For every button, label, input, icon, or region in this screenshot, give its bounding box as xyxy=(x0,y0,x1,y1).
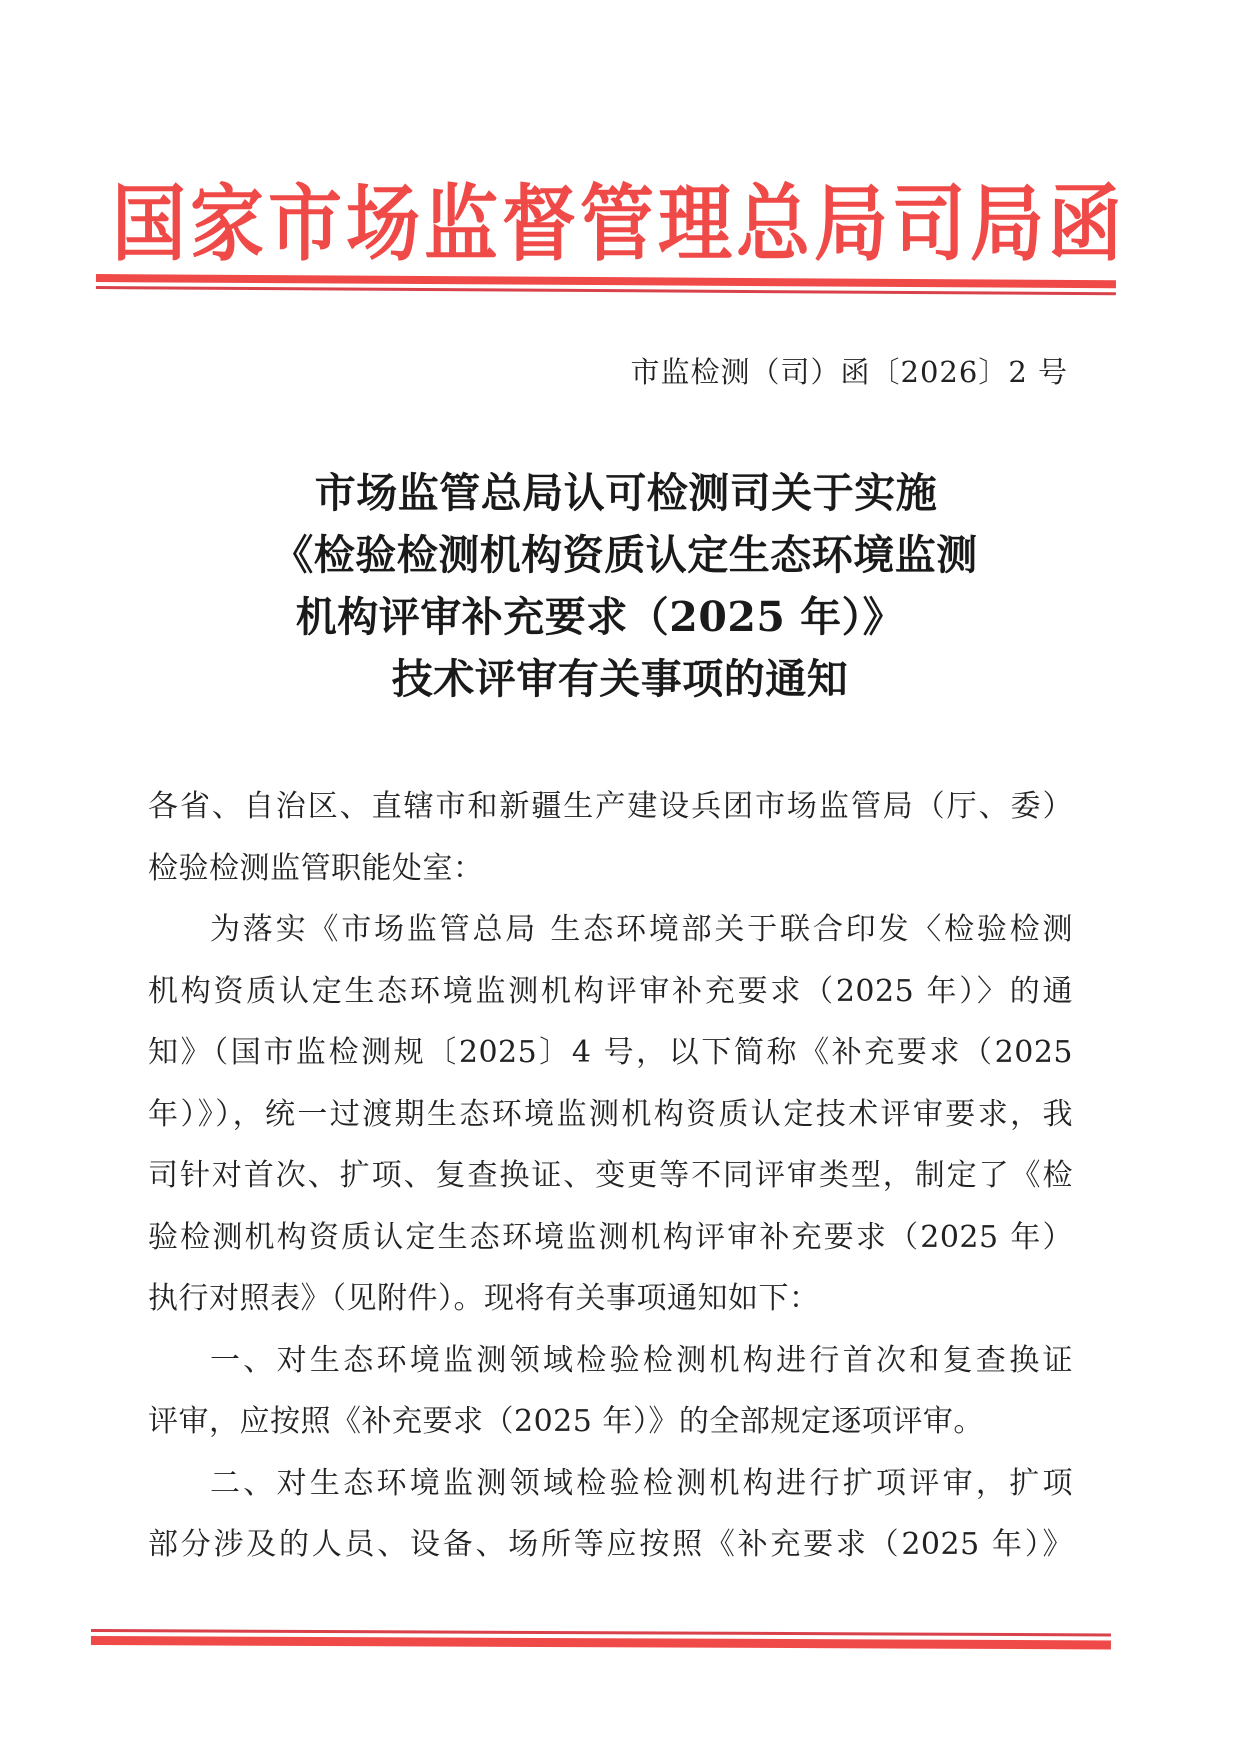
masthead-char: 国 xyxy=(112,159,186,278)
item-one-line: 评审，应按照《补充要求（2025 年）》的全部规定逐项评审。 xyxy=(148,1391,1073,1453)
item-one-line: 一、对生态环境监测领域检验检测机构进行首次和复查换证 xyxy=(148,1330,1073,1392)
masthead-char: 市 xyxy=(268,159,342,278)
paragraph-line: 为落实《市场监管总局 生态环境部关于联合印发〈检验检测 xyxy=(148,899,1073,961)
title-line: 市场监管总局认可检测司关于实施 xyxy=(0,462,1240,524)
item-two-line: 部分涉及的人员、设备、场所等应按照《补充要求（2025 年）》 xyxy=(148,1514,1073,1576)
paragraph-line: 年）》），统一过渡期生态环境监测机构资质认定技术评审要求，我 xyxy=(148,1084,1073,1146)
divider-thin-line xyxy=(91,1629,1111,1636)
masthead-char: 督 xyxy=(502,159,576,278)
title-line: 《检验检测机构资质认定生态环境监测 xyxy=(0,524,1240,586)
masthead-char: 监 xyxy=(424,159,498,278)
document-number: 市监检测（司）函〔2026〕2 号 xyxy=(631,350,1068,391)
masthead-char: 场 xyxy=(346,159,420,278)
salutation-line: 检验检测监管职能处室： xyxy=(148,838,1073,900)
document-title: 市场监管总局认可检测司关于实施 《检验检测机构资质认定生态环境监测 机构评审补充… xyxy=(0,462,1240,710)
masthead-char: 局 xyxy=(814,159,888,278)
masthead-char: 局 xyxy=(970,159,1044,278)
masthead-char: 函 xyxy=(1048,159,1122,278)
paragraph-line: 执行对照表》（见附件）。现将有关事项通知如下： xyxy=(148,1268,1073,1330)
document-body: 各省、自治区、直辖市和新疆生产建设兵团市场监管局（厅、委） 检验检测监管职能处室… xyxy=(148,776,1073,1576)
salutation-line: 各省、自治区、直辖市和新疆生产建设兵团市场监管局（厅、委） xyxy=(148,776,1073,838)
masthead-char: 家 xyxy=(190,159,264,278)
masthead-char: 理 xyxy=(658,159,732,278)
title-line: 技术评审有关事项的通知 xyxy=(0,648,1240,710)
paragraph-line: 司针对首次、扩项、复查换证、变更等不同评审类型，制定了《检 xyxy=(148,1145,1073,1207)
paragraph-line: 验检测机构资质认定生态环境监测机构评审补充要求（2025 年） xyxy=(148,1207,1073,1269)
masthead-char: 管 xyxy=(580,159,654,278)
item-two-line: 二、对生态环境监测领域检验检测机构进行扩项评审，扩项 xyxy=(148,1453,1073,1515)
masthead-char: 总 xyxy=(736,159,810,278)
divider-thick-line xyxy=(91,1636,1111,1649)
title-line: 机构评审补充要求（2025 年）》 xyxy=(0,586,1240,648)
masthead-char: 司 xyxy=(892,159,966,278)
masthead-title: 国 家 市 场 监 督 管 理 总 局 司 局 函 xyxy=(112,164,1122,272)
document-page: 国 家 市 场 监 督 管 理 总 局 司 局 函 市监检测（司）函〔2026〕… xyxy=(0,0,1240,1753)
footer-divider xyxy=(91,1629,1111,1633)
divider-thin-line xyxy=(96,286,1116,295)
paragraph-line: 机构资质认定生态环境监测机构评审补充要求（2025 年）〉的通 xyxy=(148,961,1073,1023)
paragraph-line: 知》（国市监检测规〔2025〕4 号，以下简称《补充要求（2025 xyxy=(148,1022,1073,1084)
